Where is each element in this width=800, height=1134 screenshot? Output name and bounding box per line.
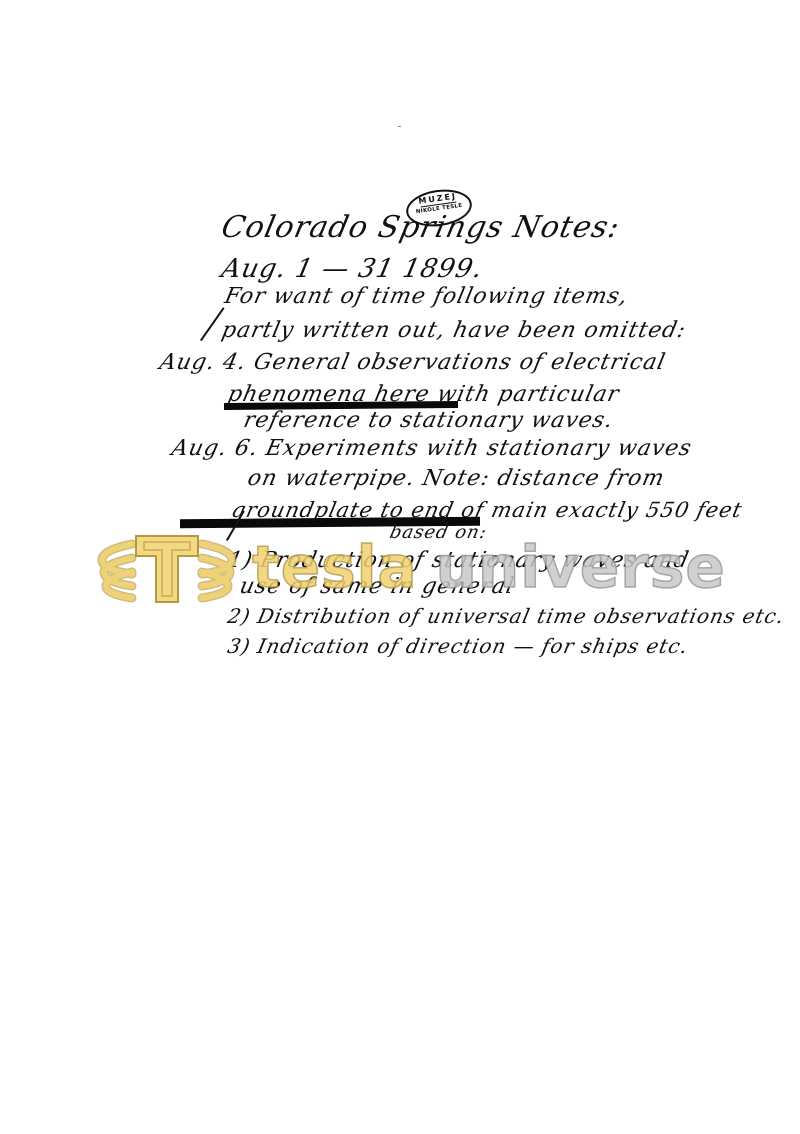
text-line: use of same in general: [237, 574, 517, 599]
text-line: 3) Indication of direction — for ships e…: [225, 634, 690, 658]
text-line: 2) Distribution of universal time observ…: [225, 604, 786, 628]
text-line: on waterpipe. Note: distance from: [245, 466, 667, 491]
text-line: based on:: [388, 522, 489, 543]
text-line: partly written out, have been omitted:: [219, 318, 688, 343]
text-line: For want of time following items,: [222, 284, 630, 309]
tesla-universe-logo-icon: [92, 530, 242, 605]
document-title: Colorado Springs Notes:: [218, 210, 623, 245]
document-page: MUZEJ NIKOLE TESLE Colorado Springs Note…: [0, 0, 800, 1134]
text-line: Aug. 6. Experiments with stationary wave…: [169, 436, 694, 461]
scan-speck: [398, 126, 401, 127]
text-line: 1) Production of stationary waves and: [225, 548, 691, 573]
text-line: Aug. 4. General observations of electric…: [157, 350, 668, 375]
document-date-range: Aug. 1 — 31 1899.: [219, 254, 486, 284]
text-line: reference to stationary waves.: [241, 408, 615, 433]
